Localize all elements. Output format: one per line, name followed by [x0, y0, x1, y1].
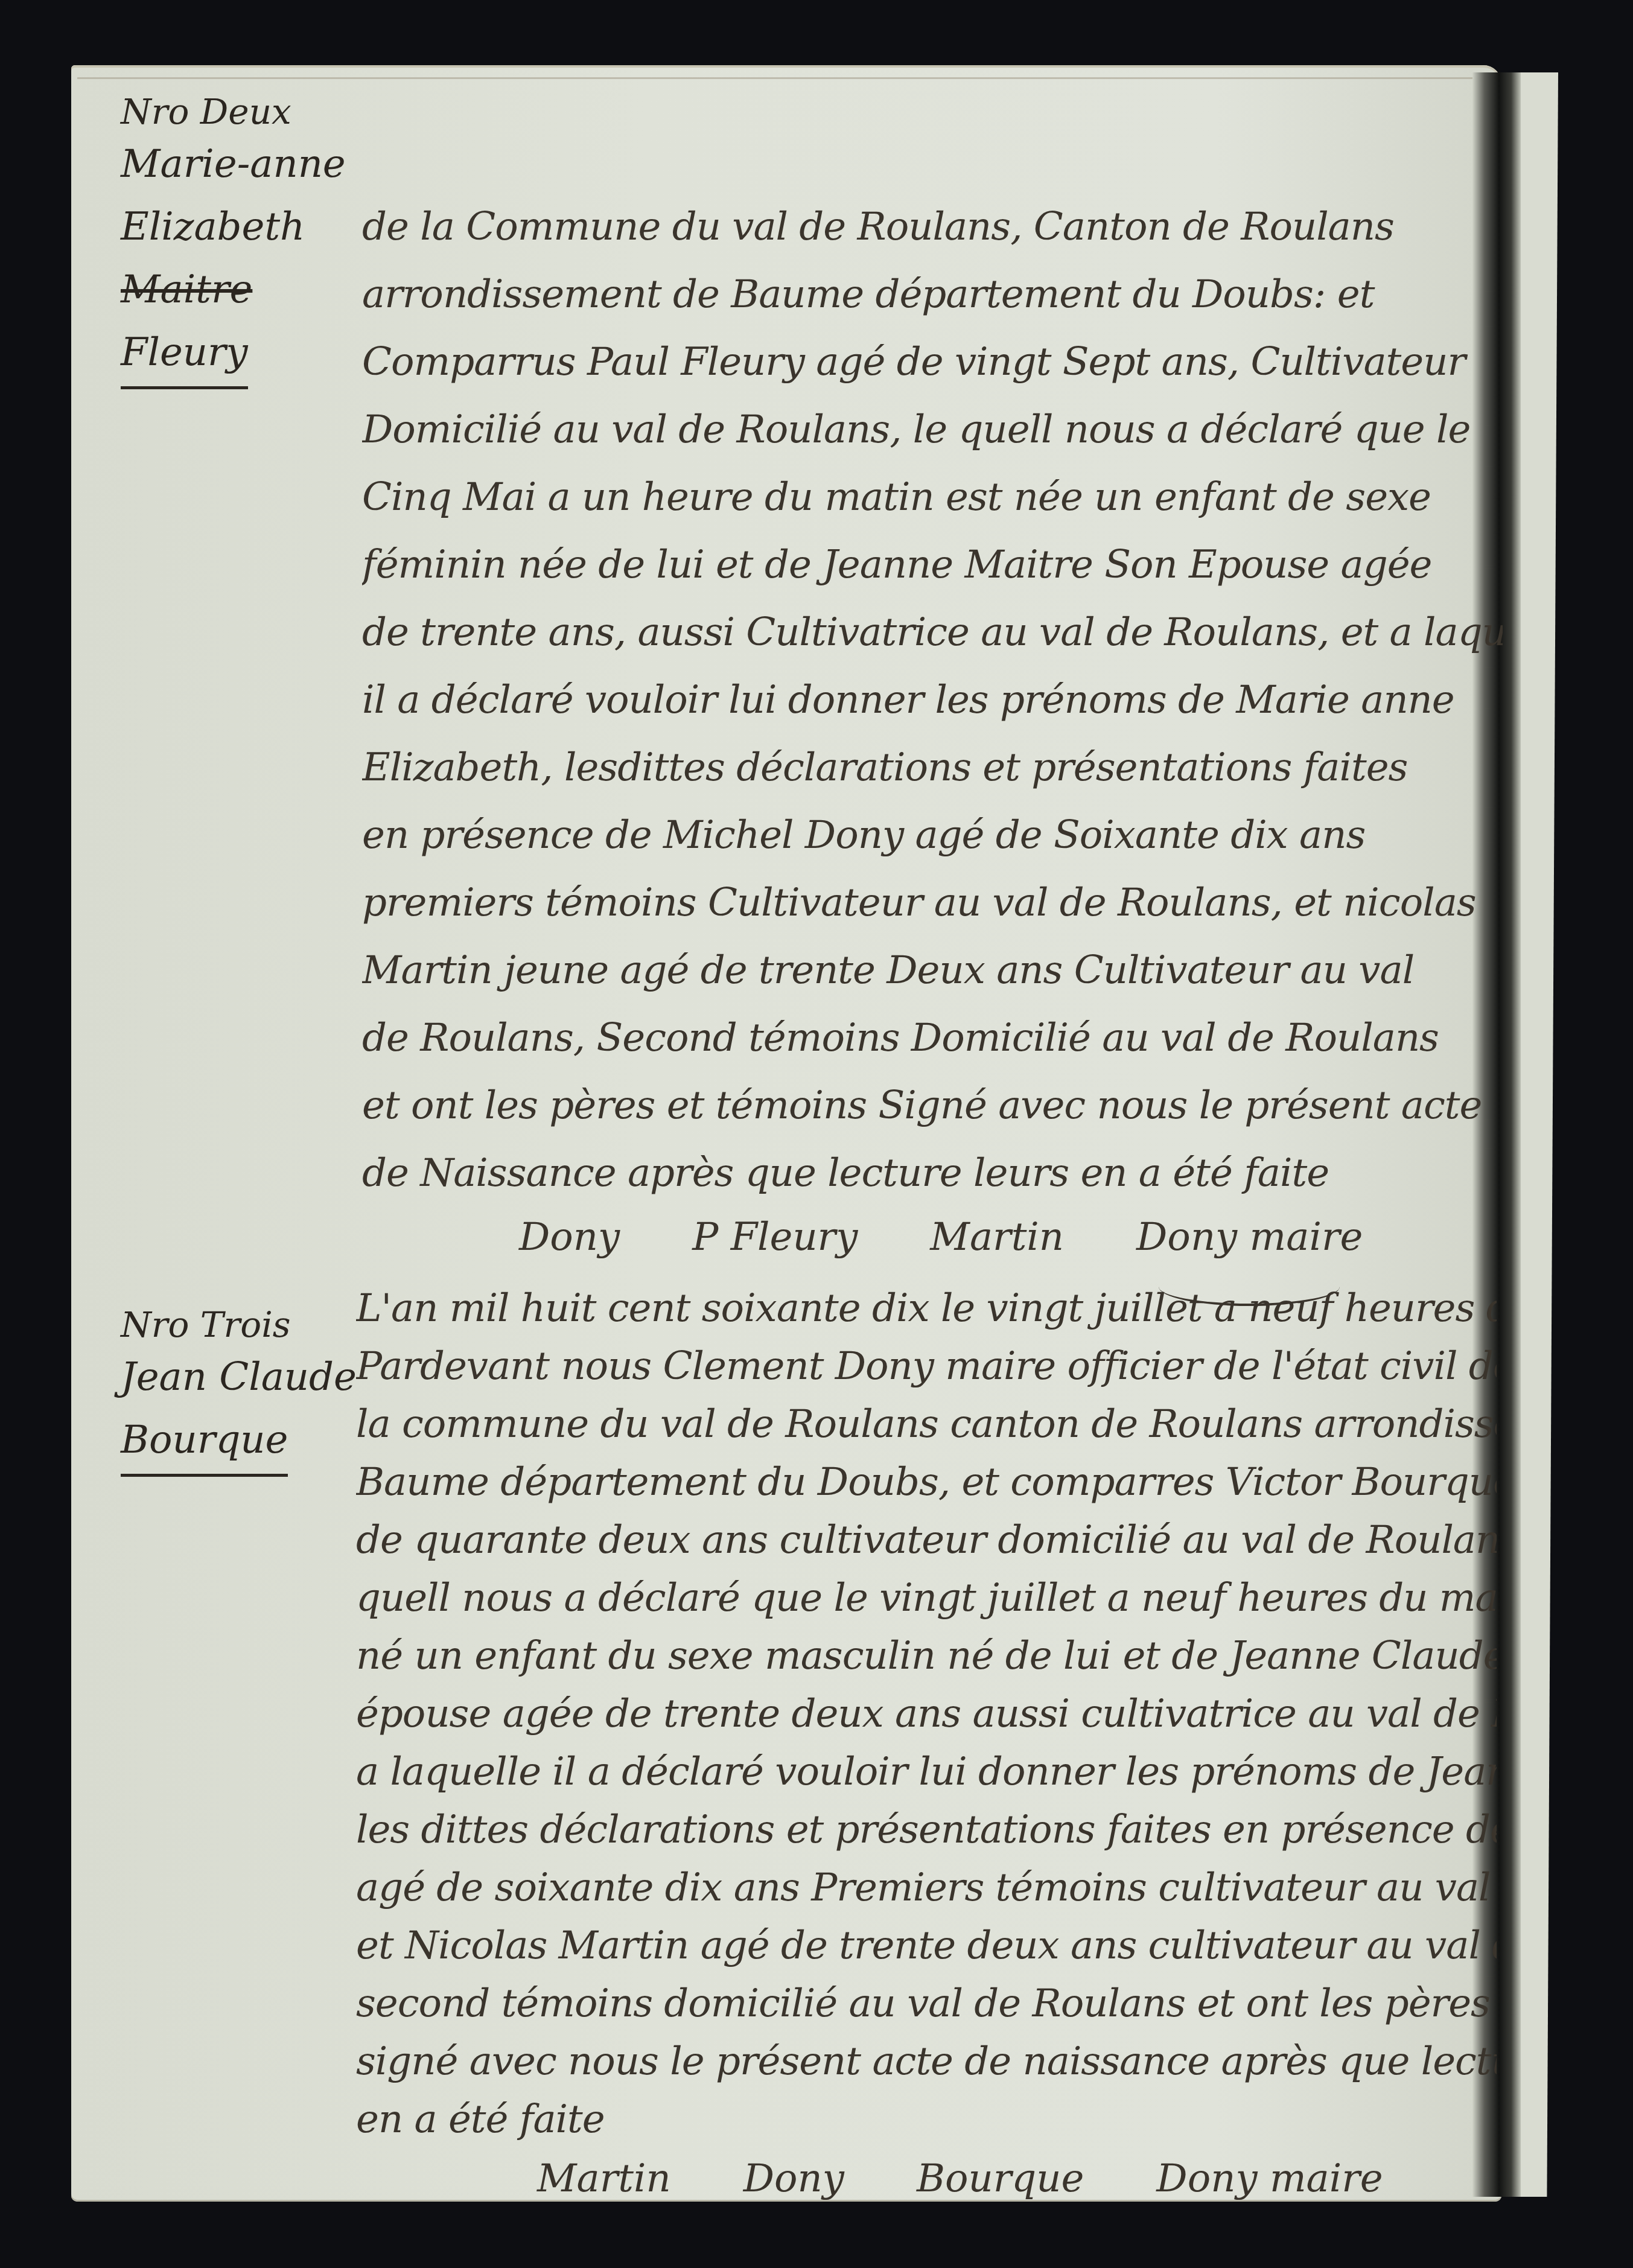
signature: Dony maire: [1156, 2149, 1383, 2209]
signature: Dony maire: [1136, 1207, 1363, 1267]
page-edge-rule: [77, 77, 1477, 79]
child-first-name: Marie-anne: [121, 133, 374, 196]
text-line: féminin née de lui et de Jeanne Maitre S…: [362, 531, 1503, 599]
text-line: et Nicolas Martin agé de trente deux ans…: [356, 1917, 1497, 1975]
text-line: Comparrus Paul Fleury agé de vingt Sept …: [362, 328, 1503, 396]
text-line: Pardevant nous Clement Dony maire offici…: [356, 1337, 1497, 1395]
signature: Dony: [743, 2149, 844, 2209]
text-line: Domicilié au val de Roulans, le quell no…: [362, 396, 1503, 463]
struck-surname: Maitre: [121, 258, 374, 321]
text-line: signé avec nous le présent acte de naiss…: [356, 2033, 1497, 2091]
signature: Martin: [537, 2149, 671, 2209]
text-line: et ont les pères et témoins Signé avec n…: [362, 1072, 1503, 1139]
entry-number: Nro Deux: [121, 91, 374, 133]
text-line: né un enfant du sexe masculin né de lui …: [356, 1627, 1497, 1685]
text-line: en a été faite: [356, 2091, 1497, 2149]
text-line: arrondissement de Baume département du D…: [362, 261, 1503, 328]
signatures: Martin Dony Bourque Dony maire: [356, 2149, 1497, 2209]
signature: Bourque: [917, 2149, 1084, 2209]
text-line: L'an mil huit cent soixante dix le vingt…: [356, 1279, 1497, 1337]
next-page-edge: [1521, 72, 1558, 2197]
text-line: second témoins domicilié au val de Roula…: [356, 1975, 1497, 2033]
text-line: quell nous a déclaré que le vingt juille…: [356, 1569, 1497, 1627]
text-line: Baume département du Doubs, et comparres…: [356, 1453, 1497, 1511]
child-surname: Fleury: [121, 321, 248, 389]
child-surname: Bourque: [121, 1409, 288, 1477]
text-line: il a déclaré vouloir lui donner les prén…: [362, 666, 1503, 734]
signatures: Dony P Fleury Martin Dony maire: [362, 1207, 1503, 1267]
text-line: de la Commune du val de Roulans, Canton …: [362, 193, 1503, 261]
entry-number: Nro Trois: [121, 1304, 374, 1346]
child-second-name: Elizabeth: [121, 196, 374, 258]
text-line: Cinq Mai a un heure du matin est née un …: [362, 463, 1503, 531]
text-line: la commune du val de Roulans canton de R…: [356, 1395, 1497, 1453]
text-line: Martin jeune agé de trente Deux ans Cult…: [362, 937, 1503, 1004]
signature: P Fleury: [692, 1207, 858, 1267]
text-line: épouse agée de trente deux ans aussi cul…: [356, 1685, 1497, 1743]
text-line: de Roulans, Second témoins Domicilié au …: [362, 1004, 1503, 1072]
text-line: premiers témoins Cultivateur au val de R…: [362, 869, 1503, 937]
text-line: de quarante deux ans cultivateur domicil…: [356, 1511, 1497, 1569]
entry-1-text: de la Commune du val de Roulans, Canton …: [362, 193, 1503, 1306]
text-line: les dittes déclarations et présentations…: [356, 1801, 1497, 1859]
signature: Dony: [519, 1207, 620, 1267]
entry-2-text: L'an mil huit cent soixante dix le vingt…: [356, 1279, 1497, 2209]
signature: Martin: [930, 1207, 1064, 1267]
entry-1-margin: Nro Deux Marie-anne Elizabeth Maitre Fle…: [121, 91, 374, 389]
text-line: en présence de Michel Dony agé de Soixan…: [362, 801, 1503, 869]
text-line: a laquelle il a déclaré vouloir lui donn…: [356, 1743, 1497, 1801]
text-line: agé de soixante dix ans Premiers témoins…: [356, 1859, 1497, 1917]
entry-2-margin: Nro Trois Jean Claude Bourque: [121, 1304, 374, 1477]
text-line: Elizabeth, lesdittes déclarations et pré…: [362, 734, 1503, 801]
child-first-name: Jean Claude: [121, 1346, 374, 1409]
text-line: de trente ans, aussi Cultivatrice au val…: [362, 599, 1503, 666]
text-line: de Naissance après que lecture leurs en …: [362, 1139, 1503, 1207]
